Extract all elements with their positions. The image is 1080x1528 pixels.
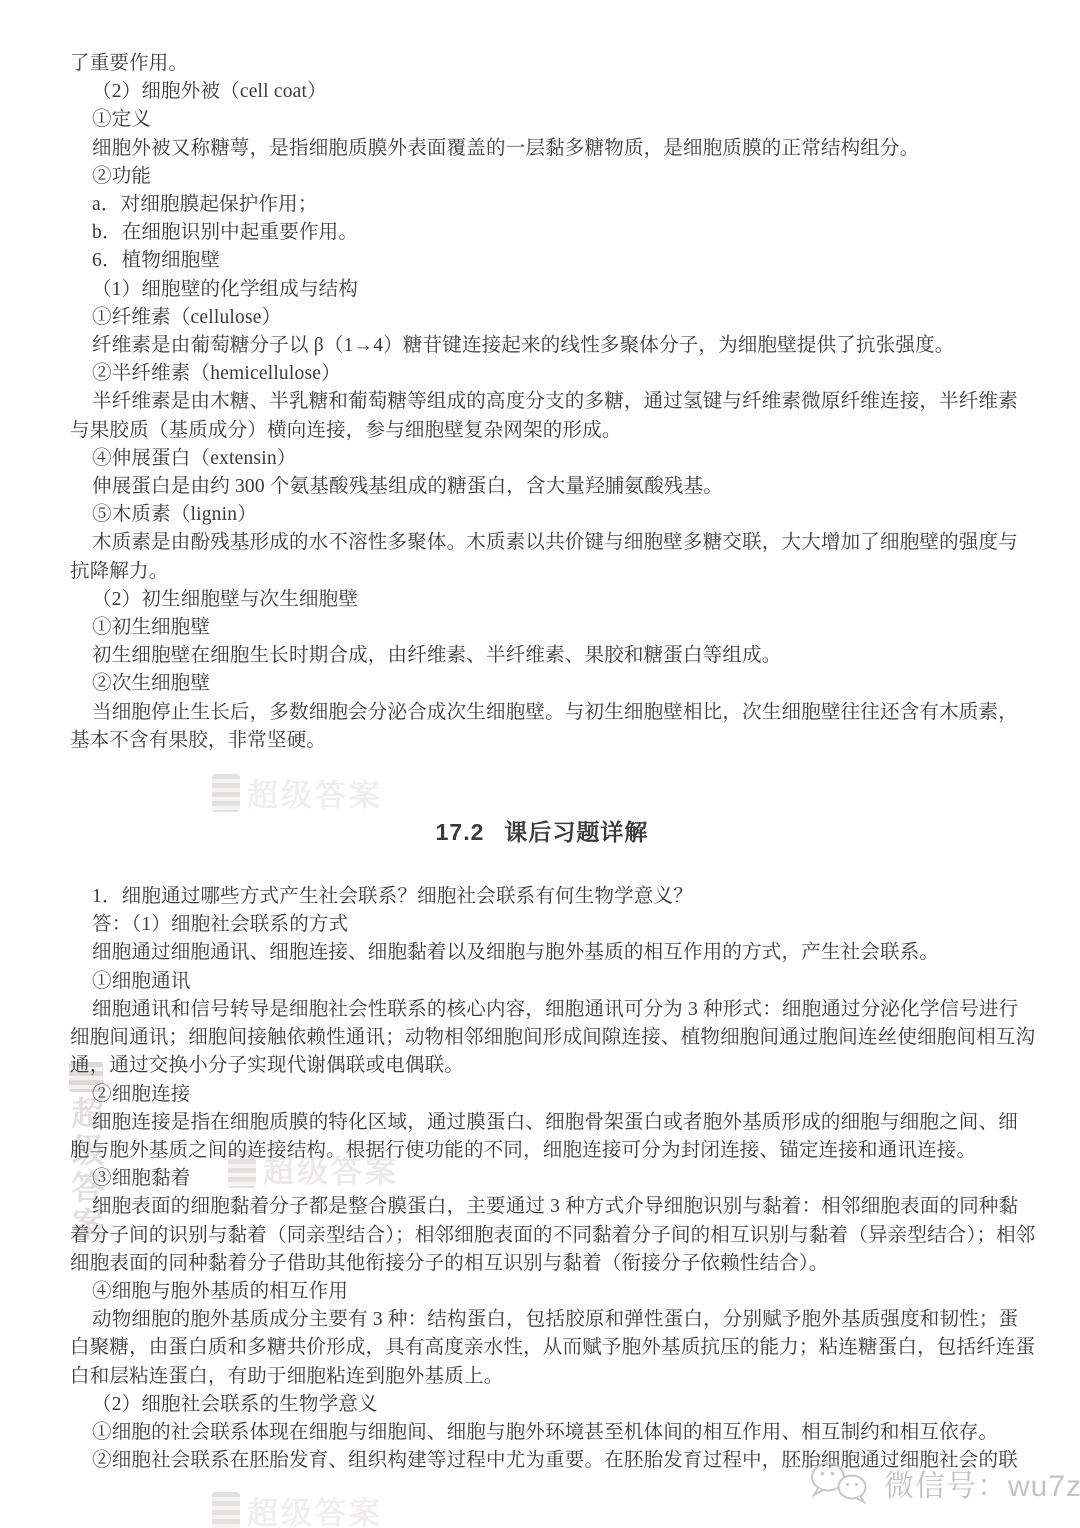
text-line: 白聚糖，由蛋白质和多糖共价形成，具有高度亲水性，从而赋予胞外基质抗压的能力；粘连… — [70, 1334, 1014, 1362]
brand-logo-icon — [212, 1492, 240, 1528]
text-line: 动物细胞的胞外基质成分主要有 3 种：结构蛋白，包括胶原和弹性蛋白，分别赋予胞外… — [70, 1306, 1014, 1334]
text-line: 细胞表面的细胞黏着分子都是整合膜蛋白，主要通过 3 种方式介导细胞识别与黏着：相… — [70, 1193, 1014, 1221]
watermark-brand-text: 超级答案 — [247, 1488, 383, 1528]
text-line: 答：（1）细胞社会联系的方式 — [70, 911, 1014, 939]
document-body: 了重要作用。（2）细胞外被（cell coat）①定义细胞外被又称糖萼，是指细胞… — [70, 50, 1014, 1475]
text-line: 纤维素是由葡萄糖分子以 β（1→4）糖苷键连接起来的线性多聚体分子，为细胞壁提供… — [70, 332, 1014, 360]
text-line: ①纤维素（cellulose） — [70, 304, 1014, 332]
text-line: 1．细胞通过哪些方式产生社会联系？细胞社会联系有何生物学意义？ — [70, 883, 1014, 911]
text-line: 白和层粘连蛋白，有助于细胞粘连到胞外基质上。 — [70, 1363, 1014, 1391]
text-line: 基本不含有果胶，非常坚硬。 — [70, 727, 1014, 755]
text-line: a．对细胞膜起保护作用； — [70, 191, 1014, 219]
text-line: （1）细胞壁的化学组成与结构 — [70, 276, 1014, 304]
text-line: 当细胞停止生长后，多数细胞会分泌合成次生细胞壁。与初生细胞壁相比，次生细胞壁往往… — [70, 699, 1014, 727]
text-line: （2）初生细胞壁与次生细胞壁 — [70, 586, 1014, 614]
text-line: 与果胶质（基质成分）横向连接，参与细胞壁复杂网架的形成。 — [70, 417, 1014, 445]
text-line: 伸展蛋白是由约 300 个氨基酸残基组成的糖蛋白，含大量羟脯氨酸残基。 — [70, 473, 1014, 501]
text-line: （2）细胞社会联系的生物学意义 — [70, 1391, 1014, 1419]
text-line: 初生细胞壁在细胞生长时期合成，由纤维素、半纤维素、果胶和糖蛋白等组成。 — [70, 642, 1014, 670]
text-line: 抗降解力。 — [70, 558, 1014, 586]
text-line: ②半纤维素（hemicellulose） — [70, 360, 1014, 388]
text-line: 着分子间的识别与黏着（同亲型结合）；相邻细胞表面的不同黏着分子间的相互识别与黏着… — [70, 1222, 1014, 1250]
section-number: 17.2 — [436, 819, 485, 845]
text-line: 细胞通讯和信号转导是细胞社会性联系的核心内容，细胞通讯可分为 3 种形式：细胞通… — [70, 996, 1014, 1024]
wechat-icon — [808, 1458, 874, 1508]
text-line: ②次生细胞壁 — [70, 670, 1014, 698]
text-line: ①初生细胞壁 — [70, 614, 1014, 642]
text-line: 6．植物细胞壁 — [70, 247, 1014, 275]
text-line: 细胞表面的同种黏着分子借助其他衔接分子的相互识别与黏着（衔接分子依赖性结合）。 — [70, 1250, 1014, 1278]
section-title: 课后习题详解 — [504, 819, 648, 845]
text-line: b．在细胞识别中起重要作用。 — [70, 219, 1014, 247]
text-line: 通，通过交换小分子实现代谢偶联或电偶联。 — [70, 1052, 1014, 1080]
text-line: （2）细胞外被（cell coat） — [70, 78, 1014, 106]
text-line: ⑤木质素（lignin） — [70, 501, 1014, 529]
watermark-bottom: 超级答案 — [212, 1488, 383, 1528]
text-line: 细胞间通讯；细胞间接触依赖性通讯；动物相邻细胞间形成间隙连接、植物细胞间通过胞间… — [70, 1024, 1014, 1052]
text-line: 木质素是由酚残基形成的水不溶性多聚体。木质素以共价键与细胞壁多糖交联，大大增加了… — [70, 529, 1014, 557]
text-line: ①定义 — [70, 106, 1014, 134]
text-line: 细胞连接是指在细胞质膜的特化区域，通过膜蛋白、细胞骨架蛋白或者胞外基质形成的细胞… — [70, 1109, 1014, 1137]
text-line: ④伸展蛋白（extensin） — [70, 445, 1014, 473]
text-line: 细胞通过细胞通讯、细胞连接、细胞黏着以及细胞与胞外基质的相互作用的方式，产生社会… — [70, 939, 1014, 967]
text-line: 细胞外被又称糖萼，是指细胞质膜外表面覆盖的一层黏多糖物质，是细胞质膜的正常结构组… — [70, 135, 1014, 163]
document-part-1: 了重要作用。（2）细胞外被（cell coat）①定义细胞外被又称糖萼，是指细胞… — [70, 50, 1014, 755]
text-line: ①细胞通讯 — [70, 968, 1014, 996]
text-line: ①细胞的社会联系体现在细胞与细胞间、细胞与胞外环境甚至机体间的相互作用、相互制约… — [70, 1419, 1014, 1447]
section-heading: 17.2课后习题详解 — [70, 817, 1014, 847]
text-line: ④细胞与胞外基质的相互作用 — [70, 1278, 1014, 1306]
text-line: 胞与胞外基质之间的连接结构。根据行使功能的不同，细胞连接可分为封闭连接、锚定连接… — [70, 1137, 1014, 1165]
text-line: ②功能 — [70, 163, 1014, 191]
document-part-2: 1．细胞通过哪些方式产生社会联系？细胞社会联系有何生物学意义？答：（1）细胞社会… — [70, 883, 1014, 1475]
document-page: 超级答案 超级答案 超级答案 超级答案 了重要作用。（2）细胞外被（cell c… — [0, 0, 1080, 1528]
wechat-footer: 微信号：wu7zhi — [808, 1458, 1080, 1508]
text-line: ②细胞连接 — [70, 1081, 1014, 1109]
text-line: 了重要作用。 — [70, 50, 1014, 78]
text-line: ③细胞黏着 — [70, 1165, 1014, 1193]
wechat-id-label: 微信号：wu7zhi — [884, 1461, 1080, 1505]
text-line: 半纤维素是由木糖、半乳糖和葡萄糖等组成的高度分支的多糖，通过氢键与纤维素微原纤维… — [70, 388, 1014, 416]
